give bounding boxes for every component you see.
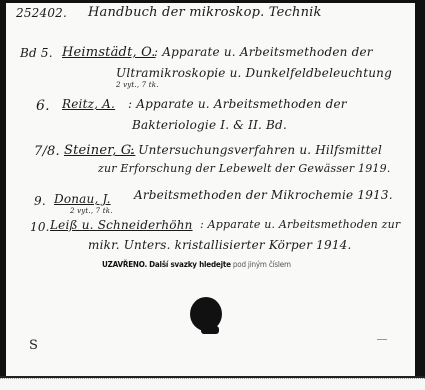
entry-title-line2: mikr. Unters. kristallisierter Körper 19… (88, 238, 352, 252)
card-title: Handbuch der mikroskop. Technik (88, 5, 322, 20)
entry-author: Steiner, G. (64, 143, 135, 158)
stamp-closed: UZAVŘENO. (102, 260, 147, 269)
entry-title-line1: : Apparate u. Arbeitsmethoden der (154, 45, 373, 59)
entry-title-line2: zur Erforschung der Lebewelt der Gewässe… (98, 162, 391, 175)
stamp-text-faint: pod jiným číslem (233, 260, 291, 269)
punch-hole-stem (201, 326, 219, 334)
scan-margin (0, 378, 425, 390)
entry-volume: 9. (34, 194, 46, 208)
entry-author: Reitz, A. (62, 97, 115, 111)
entry-author: Heimstädt, O. (62, 45, 156, 60)
scan-border-right (415, 0, 425, 378)
entry-title-line1: Arbeitsmethoden der Mikrochemie 1913. (134, 188, 393, 202)
stamp-text: Další svazky hledejte (149, 260, 231, 269)
footer-letter: S (29, 338, 38, 353)
entry-note: 2 vyt., 7 tk. (116, 81, 159, 89)
entry-volume: Bd 5. (20, 46, 53, 60)
closed-stamp: UZAVŘENO. Další svazky hledejte pod jiný… (102, 260, 291, 269)
scan-mark (377, 339, 387, 340)
entry-title-line1: : Apparate u. Arbeitsmethoden der (128, 97, 347, 111)
entry-title-line1: : Apparate u. Arbeitsmethoden zur (200, 218, 400, 231)
entry-volume: 6. (36, 98, 50, 114)
entry-title-line2: Ultramikroskopie u. Dunkelfeldbeleuchtun… (116, 66, 392, 80)
entry-note: 2 vyt., 7 tk. (70, 207, 113, 215)
entry-volume: 10. (30, 220, 50, 234)
entry-author: Donau, J. (54, 192, 111, 206)
entry-author: Leiß u. Schneiderhöhn (50, 218, 193, 232)
call-number: 252402. (16, 6, 67, 20)
entry-volume: 7/8. (34, 144, 60, 159)
entry-title-line1: : Untersuchungsverfahren u. Hilfsmittel (130, 143, 382, 157)
entry-title-line2: Bakteriologie I. & II. Bd. (132, 118, 287, 132)
